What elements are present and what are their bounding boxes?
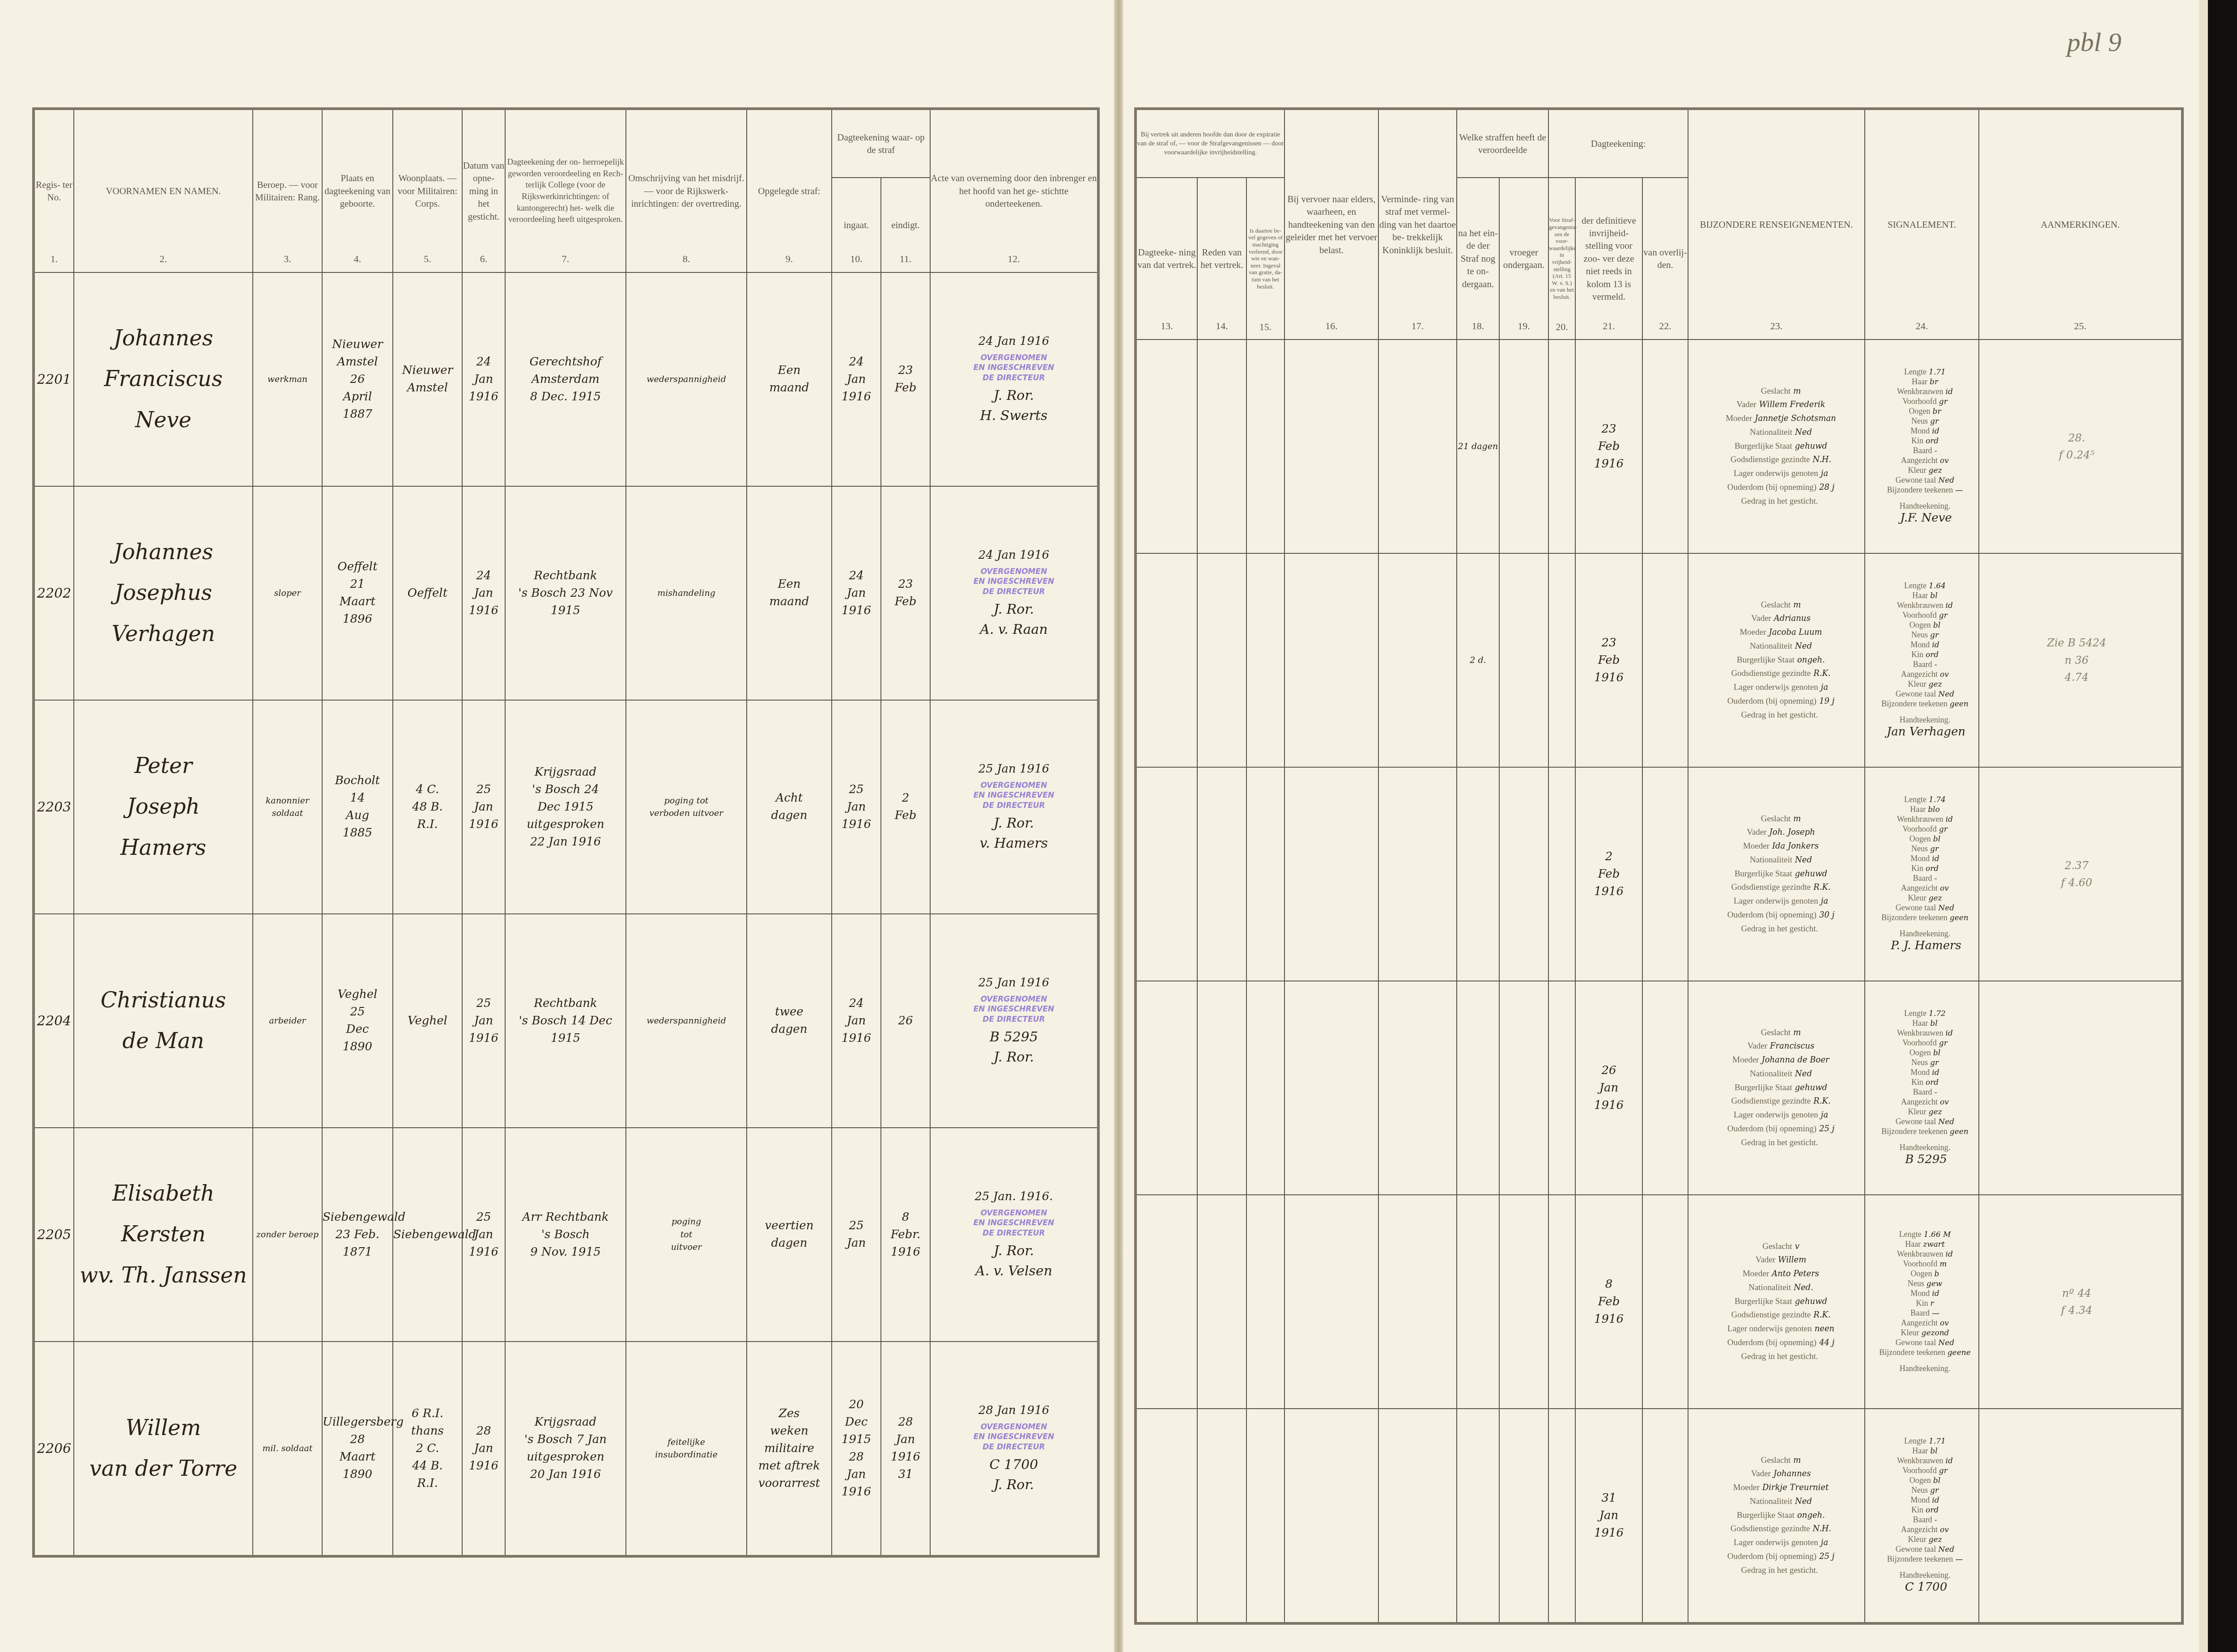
field-label: Aangezicht	[1901, 1318, 1938, 1327]
signature: B 5295	[931, 1027, 1097, 1047]
register-row-right: 21 dagen23Feb1916GeslachtmVaderWillem Fr…	[1136, 340, 2182, 553]
col-header-7: Dagteekening der on- herroepelijk geword…	[505, 109, 626, 272]
col21-cell-line: 1916	[1576, 1097, 1642, 1114]
field-label: Gedrag in het gesticht.	[1741, 1566, 1818, 1575]
field-value: 1.71	[1929, 1437, 1946, 1446]
col-header-14: Reden van het vertrek.14.	[1197, 178, 1246, 340]
signalement-line: Baard-	[1871, 1515, 1978, 1525]
stamp-line: EN INGESCHREVEN	[974, 1004, 1055, 1014]
col19-cell	[1499, 340, 1548, 553]
col21-cell: 23Feb1916	[1575, 553, 1642, 767]
renseignement-line: Ouderdom (bij opneming)19 j	[1697, 695, 1864, 709]
renseignement-line: MoederJannetje Schotsman	[1697, 412, 1864, 426]
signalement-line: Wenkbrauwenid	[1871, 815, 1978, 824]
field-label: Kleur	[1908, 466, 1927, 475]
field-label: Vader	[1751, 614, 1771, 623]
col21-cell-line: 26	[1576, 1062, 1642, 1079]
straf-cell-line: Een	[747, 362, 831, 379]
col14-cell	[1197, 1195, 1246, 1409]
col-header-4: Plaats en dagteekening van geboorte.4.	[322, 109, 393, 272]
field-value: geen	[1950, 913, 1969, 922]
book-edge	[2199, 0, 2237, 1652]
right-header: Bij vertrek uit anderen hoofde dan door …	[1136, 109, 2182, 340]
eindigt-cell: 23Feb	[881, 272, 930, 486]
field-value: Ned	[1938, 1338, 1954, 1347]
signalement-line: Handteekening.	[1871, 1364, 1978, 1374]
field-label: Geslacht	[1761, 1028, 1790, 1037]
opneming-cell-line: Jan	[463, 1012, 505, 1030]
field-label: Mond	[1910, 1495, 1930, 1504]
col21-cell-line: 1916	[1576, 1311, 1642, 1328]
veroordeeling-cell-line: Dec 1915	[506, 798, 625, 816]
col21-cell-line: Feb	[1576, 1293, 1642, 1311]
straf-cell: tweedagen	[747, 914, 832, 1128]
col16-cell	[1284, 553, 1378, 767]
field-label: Baard	[1913, 1087, 1932, 1096]
field-value: Willem Frederik	[1759, 400, 1825, 409]
woonplaats-cell: Veghel	[393, 914, 462, 1128]
field-label: Moeder	[1743, 1269, 1769, 1278]
beroep-cell-line: werkman	[253, 373, 322, 386]
veroordeeling-cell-line: Gerechtshof	[506, 353, 625, 371]
stamp-line: EN INGESCHREVEN	[974, 1218, 1055, 1228]
straf-cell-line: twee	[747, 1003, 831, 1021]
veroordeeling-cell: Arr Rechtbank's Bosch9 Nov. 1915	[505, 1128, 626, 1342]
col21-cell-line: Jan	[1576, 1507, 1642, 1525]
signalement-line: Haarbl	[1871, 591, 1978, 601]
stamp-line: EN INGESCHREVEN	[974, 1432, 1055, 1442]
field-value: B 5295	[1874, 1153, 1978, 1167]
field-label: Nationaliteit	[1750, 428, 1792, 437]
field-value: id	[1946, 1457, 1953, 1465]
veroordeeling-cell-line: Krijgsraad	[506, 764, 625, 781]
signalement-line: Voorhoofdgr	[1871, 1466, 1978, 1476]
field-value: 1.71	[1929, 368, 1946, 377]
signature: C 1700	[931, 1455, 1097, 1475]
ingaat-cell-line: 1915	[832, 1431, 880, 1448]
field-value: id	[1946, 1250, 1953, 1259]
field-label: Kleur	[1908, 679, 1927, 688]
signalement-line: Kinord	[1871, 864, 1978, 874]
signalement-cell: Lengte1.74HaarbloWenkbrauwenidVoorhoofdg…	[1865, 767, 1979, 981]
field-value: gehuwd	[1795, 869, 1827, 879]
renseignement-line: NationaliteitNed	[1697, 1067, 1864, 1081]
field-label: Wenkbrauwen	[1897, 1028, 1944, 1037]
woonplaats-cell: Oeffelt	[393, 486, 462, 700]
renseignement-line: VaderJohannes	[1697, 1467, 1864, 1481]
register-number: 2201	[34, 272, 74, 486]
stamp-line: DE DIRECTEUR	[974, 801, 1055, 811]
col18-cell: 21 dagen	[1457, 340, 1499, 553]
register-row: 2206Willemvan der Torremil. soldaatUille…	[34, 1342, 1098, 1556]
col-header-21: der definitieve invrijheid- stelling voo…	[1575, 178, 1642, 340]
name-cell-line: Josephus	[74, 573, 252, 613]
renseignement-line: Burgerlijke Staatgehuwd	[1697, 1295, 1864, 1309]
col-header-22: van overlij- den.22.	[1642, 178, 1688, 340]
signalement-line: Kleurgez	[1871, 1107, 1978, 1117]
field-value: Ned	[1795, 855, 1812, 865]
beroep-cell: werkman	[253, 272, 322, 486]
field-value: id	[1932, 1289, 1939, 1298]
field-label: Bijzondere teekenen	[1881, 699, 1947, 708]
field-value: Johanna de Boer	[1761, 1055, 1829, 1065]
geboorte-cell-line: 1885	[323, 824, 392, 842]
field-label: Kleur	[1908, 1107, 1927, 1116]
field-value: gr	[1930, 845, 1939, 854]
field-value: m	[1793, 386, 1801, 396]
renseignement-line: Gedrag in het gesticht.	[1697, 709, 1864, 722]
ingaat-cell-line: 24	[832, 567, 880, 585]
renseignement-line: Geslachtm	[1697, 1454, 1864, 1468]
name-cell: JohannesFranciscusNeve	[74, 272, 253, 486]
field-label: Ouderdom (bij opneming)	[1727, 910, 1816, 920]
veroordeeling-cell-line: 20 Jan 1916	[506, 1466, 625, 1483]
col19-cell	[1499, 767, 1548, 981]
misdrijf-cell: feitelijkeinsubordinatie	[626, 1342, 747, 1556]
field-value: Ned	[1938, 1117, 1954, 1126]
field-value: gez	[1929, 680, 1942, 689]
eindigt-cell: 28Jan191631	[881, 1342, 930, 1556]
signature: J. Ror.	[931, 1047, 1097, 1067]
field-label: Gewone taal	[1896, 1117, 1936, 1126]
signalement-line: Haarbr	[1871, 377, 1978, 387]
beroep-cell: mil. soldaat	[253, 1342, 322, 1556]
misdrijf-cell-line: mishandeling	[626, 587, 746, 600]
field-label: Lager onderwijs genoten	[1734, 1538, 1818, 1547]
field-label: Vader	[1747, 828, 1766, 837]
field-value: neen	[1815, 1324, 1835, 1333]
ingaat-cell-line: Jan	[832, 371, 880, 388]
woonplaats-cell-line: Siebengewald	[393, 1226, 462, 1244]
stamp-line: DE DIRECTEUR	[974, 1228, 1055, 1238]
field-value: br	[1933, 407, 1941, 416]
col17-cell	[1378, 340, 1457, 553]
signalement-line: Aangezichtov	[1871, 1318, 1978, 1328]
field-value: m	[1939, 1260, 1947, 1269]
field-value: ov	[1940, 1525, 1949, 1534]
name-cell-line: de Man	[74, 1021, 252, 1062]
straf-cell-line: militaire	[747, 1440, 831, 1457]
renseignement-line: Ouderdom (bij opneming)30 j	[1697, 909, 1864, 922]
col-header-6: Datum van opne- ming in het gesticht.6.	[462, 109, 505, 272]
beroep-cell: kanonnier soldaat	[253, 700, 322, 914]
ingaat-cell: 25Jan	[832, 1128, 881, 1342]
field-value: bl	[1933, 1476, 1940, 1485]
misdrijf-cell-line: wederspannigheid	[626, 373, 746, 386]
name-cell: Christianusde Man	[74, 914, 253, 1128]
signalement-line: Voorhoofdgr	[1871, 397, 1978, 407]
opneming-cell-line: 1916	[463, 1030, 505, 1047]
ingaat-cell-line: 1916	[832, 816, 880, 833]
field-label: Haar	[1912, 1019, 1928, 1028]
field-value: 25 j	[1819, 1552, 1834, 1561]
geboorte-cell-line: 1887	[323, 406, 392, 423]
field-value: geen	[1950, 700, 1969, 709]
veroordeeling-cell: Rechtbank's Bosch 23 Nov1915	[505, 486, 626, 700]
acte-cell: 25 Jan. 1916.OVERGENOMENEN INGESCHREVEND…	[930, 1128, 1098, 1342]
field-label: Lengte	[1904, 581, 1927, 590]
field-value: zwart	[1923, 1240, 1945, 1249]
signalement-line: Gewone taalNed	[1871, 689, 1978, 699]
signalement-line: Wenkbrauwenid	[1871, 1249, 1978, 1259]
field-value: br	[1930, 378, 1938, 386]
veroordeeling-cell-line: 1915	[506, 1030, 625, 1047]
field-label: Kleur	[1901, 1328, 1919, 1337]
name-cell-line: Johannes	[74, 532, 252, 573]
field-label: Kin	[1911, 650, 1923, 659]
signalement-line: Neusgr	[1871, 416, 1978, 426]
col16-cell	[1284, 767, 1378, 981]
field-value: id	[1932, 641, 1939, 650]
acte-cell: 24 Jan 1916OVERGENOMENEN INGESCHREVENDE …	[930, 272, 1098, 486]
renseignementen-cell: GeslachtvVaderWillemMoederAnto PetersNat…	[1688, 1195, 1865, 1409]
field-label: Neus	[1911, 844, 1928, 853]
ingaat-cell-line: 24	[832, 995, 880, 1012]
col21-cell-line: Feb	[1576, 438, 1642, 455]
signalement-line: Oogenbl	[1871, 1476, 1978, 1486]
field-value: gr	[1930, 1486, 1939, 1495]
signalement-line: Oogenbl	[1871, 834, 1978, 844]
col21-cell-line: 31	[1576, 1490, 1642, 1507]
name-cell-line: Hamers	[74, 828, 252, 868]
straf-cell: Eenmaand	[747, 486, 832, 700]
field-label: Lager onderwijs genoten	[1734, 469, 1818, 478]
field-value: ja	[1821, 896, 1828, 906]
field-label: Neus	[1911, 416, 1928, 425]
field-label: Ouderdom (bij opneming)	[1727, 1338, 1816, 1347]
signalement-line: Handteekening.P. J. Hamers	[1871, 929, 1978, 953]
straf-cell-line: maand	[747, 593, 831, 611]
field-label: Moeder	[1739, 628, 1766, 637]
signature: J. Ror.	[931, 599, 1097, 620]
acte-date: 25 Jan 1916	[931, 760, 1097, 778]
field-label: Burgerlijke Staat	[1737, 1511, 1795, 1520]
field-value: gez	[1929, 894, 1942, 903]
signalement-line: Lengte1.74	[1871, 795, 1978, 805]
field-value: ord	[1926, 864, 1939, 873]
signalement-line: Oogenb	[1871, 1269, 1978, 1279]
col15-cell	[1246, 553, 1284, 767]
field-value: 19 j	[1819, 696, 1834, 706]
signalement-line: Wenkbrauwenid	[1871, 601, 1978, 611]
geboorte-cell-line: Oeffelt	[323, 558, 392, 576]
field-label: Haar	[1912, 591, 1928, 600]
misdrijf-cell-line: verboden uitvoer	[626, 807, 746, 820]
stamp-line: OVERGENOMEN	[974, 1208, 1055, 1218]
veroordeeling-cell-line: uitgesproken	[506, 816, 625, 833]
field-value: gr	[1930, 417, 1939, 426]
renseignement-line: MoederJacoba Luum	[1697, 626, 1864, 640]
field-label: Lengte	[1904, 1436, 1927, 1445]
field-label: Bijzondere teekenen	[1887, 485, 1953, 494]
field-value: m	[1793, 600, 1801, 610]
field-label: Gewone taal	[1896, 903, 1936, 912]
misdrijf-cell: wederspannigheid	[626, 272, 747, 486]
field-label: Voorhoofd	[1903, 1259, 1938, 1268]
acte-cell: 25 Jan 1916OVERGENOMENEN INGESCHREVENDE …	[930, 914, 1098, 1128]
col14-cell	[1197, 340, 1246, 553]
col21-cell-line: Feb	[1576, 866, 1642, 883]
straf-cell-line: Acht	[747, 790, 831, 807]
name-cell-line: Franciscus	[74, 359, 252, 399]
field-value: Jacoba Luum	[1769, 628, 1822, 637]
aanmerkingen-cell-line: f 4.34	[1979, 1302, 2174, 1319]
field-label: Lager onderwijs genoten	[1734, 1110, 1818, 1120]
opneming-cell-line: 24	[463, 567, 505, 585]
field-label: Godsdienstige gezindte	[1731, 669, 1811, 678]
signalement-line: Neusgew	[1871, 1279, 1978, 1289]
eindigt-cell-line: 26	[881, 1012, 930, 1030]
field-label: Voorhoofd	[1902, 824, 1937, 833]
opneming-cell-line: 1916	[463, 1457, 505, 1475]
renseignement-line: Burgerlijke Staatgehuwd	[1697, 1081, 1864, 1095]
straf-cell: Zeswekenmilitairemet aftrekvoorarrest	[747, 1342, 832, 1556]
overgenomen-stamp: OVERGENOMENEN INGESCHREVENDE DIRECTEUR	[974, 1422, 1055, 1452]
field-label: Bijzondere teekenen	[1881, 1127, 1947, 1136]
col-header-24: SIGNALEMENT.24.	[1865, 109, 1979, 340]
signature: J. Ror.	[931, 1241, 1097, 1261]
field-label: Voorhoofd	[1902, 397, 1937, 406]
geboorte-cell-line: Aug	[323, 807, 392, 824]
signalement-line: Baard-	[1871, 874, 1978, 883]
signalement-line: Oogenbl	[1871, 1048, 1978, 1058]
veroordeeling-cell-line: 8 Dec. 1915	[506, 388, 625, 406]
geboorte-cell-line: 1871	[323, 1244, 392, 1261]
signalement-line: Handteekening.J.F. Neve	[1871, 501, 1978, 526]
opneming-cell-line: 1916	[463, 816, 505, 833]
woonplaats-cell-line: Nieuwer	[393, 362, 462, 379]
register-row-right: 26Jan1916GeslachtmVaderFranciscusMoederJ…	[1136, 981, 2182, 1195]
field-label: Lager onderwijs genoten	[1734, 896, 1818, 906]
stamp-line: OVERGENOMEN	[974, 353, 1055, 363]
veroordeeling-cell-line: 9 Nov. 1915	[506, 1244, 625, 1261]
renseignement-line: Burgerlijke Staatongeh.	[1697, 1509, 1864, 1523]
field-label: Nationaliteit	[1750, 855, 1792, 865]
col21-cell-line: 1916	[1576, 669, 1642, 687]
renseignement-line: Godsdienstige gezindteN.H.	[1697, 1522, 1864, 1536]
field-value: ja	[1821, 1538, 1828, 1547]
name-cell: PeterJosephHamers	[74, 700, 253, 914]
field-value: gr	[1939, 1039, 1948, 1048]
book-gutter	[1114, 0, 1123, 1652]
ingaat-cell-line: 1916	[832, 1483, 880, 1501]
signalement-line: Baard-	[1871, 1087, 1978, 1097]
col20-cell	[1548, 1195, 1575, 1409]
woonplaats-cell: 4 C.48 B.R.I.	[393, 700, 462, 914]
field-label: Wenkbrauwen	[1897, 601, 1944, 610]
field-label: Haar	[1912, 1446, 1928, 1455]
register-number: 2204	[34, 914, 74, 1128]
opneming-cell-line: Jan	[463, 371, 505, 388]
field-label: Oogen	[1910, 1476, 1931, 1485]
ingaat-cell: 24Jan1916	[832, 486, 881, 700]
field-label: Kin	[1911, 864, 1923, 873]
col19-cell	[1499, 553, 1548, 767]
signalement-line: Lengte1.66 M	[1871, 1230, 1978, 1240]
field-value: ja	[1821, 683, 1828, 692]
field-value: ord	[1926, 1078, 1939, 1087]
renseignement-line: Gedrag in het gesticht.	[1697, 1350, 1864, 1364]
field-value: Ned	[1938, 690, 1954, 699]
eindigt-cell-line: Feb	[881, 379, 930, 397]
eindigt-cell-line: 23	[881, 362, 930, 379]
aanmerkingen-cell	[1979, 1409, 2182, 1623]
overgenomen-stamp: OVERGENOMENEN INGESCHREVENDE DIRECTEUR	[974, 567, 1055, 596]
misdrijf-cell-line: insubordinatie	[626, 1448, 746, 1461]
field-value: gez	[1929, 1535, 1942, 1544]
straf-cell-line: veertien	[747, 1217, 831, 1235]
renseignement-line: VaderFranciscus	[1697, 1040, 1864, 1053]
col22-cell	[1642, 767, 1688, 981]
register-number: 2202	[34, 486, 74, 700]
signalement-line: Handteekening.C 1700	[1871, 1571, 1978, 1595]
signalement-line: Gewone taalNed	[1871, 1117, 1978, 1127]
acte-date: 24 Jan 1916	[931, 547, 1097, 564]
col-header-group-18-19: Welke straffen heeft de veroordeelde	[1457, 109, 1548, 178]
field-value: N.H.	[1813, 1524, 1832, 1533]
field-value: —	[1955, 1555, 1963, 1564]
folio-annotation: pbl 9	[2067, 27, 2122, 58]
col21-cell-line: 1916	[1576, 1525, 1642, 1542]
field-label: Aangezicht	[1901, 883, 1938, 892]
aanmerkingen-cell	[1979, 981, 2182, 1195]
signalement-line: Lengte1.72	[1871, 1009, 1978, 1019]
col-header-15: Is daartoe be- vel gegeven of machtiging…	[1246, 178, 1284, 340]
renseignement-line: Godsdienstige gezindteR.K.	[1697, 1308, 1864, 1322]
field-value: P. J. Hamers	[1874, 939, 1978, 953]
field-label: Oogen	[1911, 1269, 1932, 1278]
field-label: Handteekening.	[1900, 501, 1950, 510]
field-value: Ida Jonkers	[1772, 841, 1819, 851]
field-label: Kin	[1911, 1505, 1923, 1514]
renseignement-line: NationaliteitNed	[1697, 1495, 1864, 1509]
signalement-line: Baard-	[1871, 446, 1978, 456]
renseignement-line: Geslachtm	[1697, 812, 1864, 826]
beroep-cell: arbeider	[253, 914, 322, 1128]
stamp-line: DE DIRECTEUR	[974, 373, 1055, 383]
misdrijf-cell: mishandeling	[626, 486, 747, 700]
acte-cell: 28 Jan 1916OVERGENOMENEN INGESCHREVENDE …	[930, 1342, 1098, 1556]
field-label: Gewone taal	[1896, 476, 1936, 484]
veroordeeling-cell-line: Krijgsraad	[506, 1414, 625, 1431]
veroordeeling-cell-line: 22 Jan 1916	[506, 833, 625, 851]
beroep-cell: sloper	[253, 486, 322, 700]
field-label: Handteekening.	[1900, 1143, 1950, 1152]
aanmerkingen-cell-line: Zie B 5424	[1979, 634, 2174, 651]
field-value: -	[1935, 1088, 1937, 1097]
opneming-cell-line: Jan	[463, 798, 505, 816]
field-label: Burgerlijke Staat	[1735, 442, 1792, 451]
opneming-cell-line: 1916	[463, 388, 505, 406]
eindigt-cell-line: 28	[881, 1414, 930, 1431]
signalement-line: Bijzondere teekenengeen	[1871, 699, 1978, 709]
veroordeeling-cell-line: Rechtbank	[506, 995, 625, 1012]
misdrijf-cell-line: feitelijke	[626, 1436, 746, 1449]
opneming-cell-line: 25	[463, 995, 505, 1012]
field-value: Ned	[1795, 641, 1812, 651]
field-value: gehuwd	[1795, 1083, 1827, 1092]
field-value: 30 j	[1819, 910, 1834, 920]
field-label: Gewone taal	[1896, 1545, 1936, 1554]
renseignement-line: MoederDirkje Treurniet	[1697, 1481, 1864, 1495]
eindigt-cell-line: Jan	[881, 1431, 930, 1448]
signature: A. v. Raan	[931, 620, 1097, 640]
beroep-cell-line: zonder beroep	[253, 1228, 322, 1241]
col13-cell	[1136, 553, 1197, 767]
field-value: Ned.	[1794, 1283, 1813, 1292]
signalement-line: Handteekening.Jan Verhagen	[1871, 715, 1978, 739]
eindigt-cell: 23Feb	[881, 486, 930, 700]
